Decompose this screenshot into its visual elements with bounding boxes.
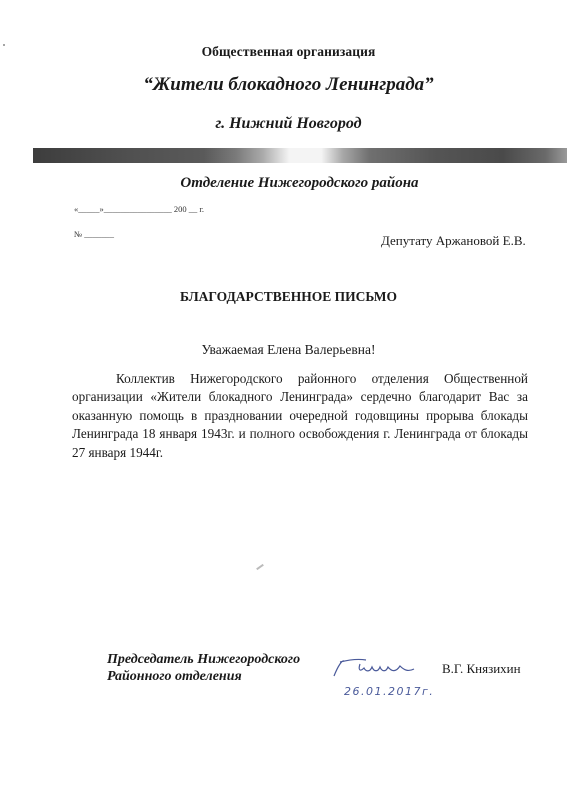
addressee: Депутату Аржановой Е.В.: [381, 233, 526, 249]
branch-name: Отделение Нижегородского района: [0, 175, 577, 192]
signatory-name: В.Г. Князихин: [442, 661, 521, 677]
signatory-position: Председатель Нижегородского Районного от…: [107, 651, 300, 685]
document-title: БЛАГОДАРСТВЕННОЕ ПИСЬМО: [0, 289, 577, 305]
handwritten-signature: 26.01.2017г.: [330, 652, 440, 700]
signature-icon: 26.01.2017г.: [330, 652, 440, 700]
scan-mark: [256, 564, 264, 570]
letter-body: Коллектив Нижегородского районного отдел…: [72, 370, 528, 462]
org-city: г. Нижний Новгород: [0, 115, 577, 133]
signatory-position-line1: Председатель Нижегородского: [107, 651, 300, 668]
registration-date-field: «_____»________________ 200 __ г.: [74, 204, 204, 214]
registration-number-field: № _______: [74, 229, 114, 239]
letterhead-divider-bar: [33, 148, 567, 163]
org-type: Общественная организация: [0, 44, 577, 60]
greeting: Уважаемая Елена Валерьевна!: [0, 342, 577, 358]
handwritten-date: 26.01.2017г.: [344, 685, 434, 698]
org-name: “Жители блокадного Ленинграда”: [0, 74, 577, 96]
signatory-position-line2: Районного отделения: [107, 668, 300, 685]
